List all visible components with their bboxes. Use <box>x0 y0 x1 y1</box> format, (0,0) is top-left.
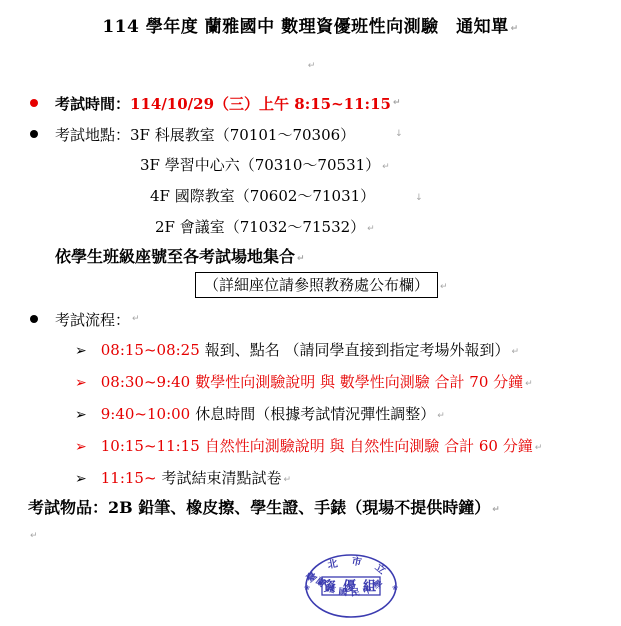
exam-room-4-row: 2F 會議室（71032～71532）↵ <box>155 212 621 243</box>
stamp-flower-right-icon: ❀ <box>392 584 398 592</box>
flow-step-2-text: 數學性向測驗說明 與 數學性向測驗 合計 70 分鐘 <box>195 373 523 391</box>
flow-step-3-time: 9:40~10:00 <box>101 405 190 423</box>
flow-step-3: ➢9:40~10:00休息時間（根據考試情況彈性調整）↵ <box>0 398 621 430</box>
flow-step-4-text: 自然性向測驗說明 與 自然性向測驗 合計 60 分鐘 <box>205 437 533 455</box>
flow-step-5: ➢11:15~考試結束清點試卷↵ <box>0 462 621 494</box>
paragraph-mark: ↵ <box>367 224 375 234</box>
paragraph-mark: ↵ <box>132 314 140 324</box>
black-bullet-icon <box>30 315 38 323</box>
paragraph-mark: ↵ <box>492 505 500 515</box>
paragraph-mark: ↵ <box>512 347 520 357</box>
empty-line: ↵ <box>0 522 621 546</box>
paragraph-mark: ↵ <box>308 61 316 71</box>
line-break-mark: ↓ <box>415 193 423 203</box>
exam-room-3: 4F 國際教室（70602～71031） <box>150 187 375 205</box>
paragraph-mark: ↵ <box>440 282 448 292</box>
notice-document: 114 學年度 蘭雅國中 數理資優班性向測驗 通知單↵ ↵ 考試時間：114/1… <box>0 0 621 626</box>
exam-room-1: 3F 科展教室（70101～70306） <box>130 124 355 145</box>
exam-location-label: 考試地點： <box>55 124 130 145</box>
school-stamp: 臺北市立 蘭雅國民中學 ❀ ❀ 資優組 <box>296 546 621 626</box>
empty-line: ↵ <box>0 40 621 88</box>
flow-step-1: ➢08:15~08:25報到、點名 （請同學直接到指定考場外報到）↵ <box>0 334 621 366</box>
assembly-note-text: 依學生班級座號至各考試場地集合 <box>55 247 295 266</box>
exam-time-label: 考試時間： <box>55 93 130 114</box>
flow-step-3-text: 休息時間（根據考試情況彈性調整） <box>195 405 435 423</box>
paragraph-mark: ↵ <box>284 475 292 485</box>
seating-note-row: （詳細座位請參照教務處公布欄）↵ <box>0 270 621 304</box>
exam-time-value: 114/10/29（三）上午 8:15~11:15 <box>130 93 391 114</box>
flow-step-1-text: 報到、點名 （請同學直接到指定考場外報到） <box>205 341 510 359</box>
arrow-bullet-icon: ➢ <box>75 343 87 359</box>
flow-step-2-time: 08:30~9:40 <box>101 373 190 391</box>
exam-time-item: 考試時間：114/10/29（三）上午 8:15~11:15↵ <box>0 88 621 118</box>
paragraph-mark: ↵ <box>382 162 390 172</box>
seating-note-box: （詳細座位請參照教務處公布欄） <box>195 272 438 298</box>
paragraph-mark: ↵ <box>511 24 519 34</box>
black-bullet-icon <box>30 130 38 138</box>
paragraph-mark: ↵ <box>437 411 445 421</box>
red-bullet-icon <box>30 99 38 107</box>
arrow-bullet-icon: ➢ <box>75 407 87 423</box>
exam-room-2: 3F 學習中心六（70310～70531） <box>140 156 380 174</box>
exam-room-3-row: 4F 國際教室（70602～71031）↓ <box>150 181 621 212</box>
paragraph-mark: ↵ <box>535 443 543 453</box>
assembly-note: 依學生班級座號至各考試場地集合↵ <box>55 243 621 270</box>
arrow-bullet-icon: ➢ <box>75 439 87 455</box>
stamp-center-text: 資優組 <box>323 579 383 595</box>
exam-flow-item: 考試流程：↵ <box>0 304 621 334</box>
flow-step-5-text: 考試結束清點試卷 <box>162 469 282 487</box>
paragraph-mark: ↵ <box>393 98 401 108</box>
exam-location-item: 考試地點：3F 科展教室（70101～70306）↓ <box>0 118 621 150</box>
flow-step-2: ➢08:30~9:40數學性向測驗說明 與 數學性向測驗 合計 70 分鐘↵ <box>0 366 621 398</box>
exam-room-4: 2F 會議室（71032～71532） <box>155 218 365 236</box>
flow-step-5-time: 11:15~ <box>101 469 157 487</box>
arrow-bullet-icon: ➢ <box>75 471 87 487</box>
paragraph-mark: ↵ <box>297 254 305 264</box>
exam-room-2-row: 3F 學習中心六（70310～70531）↵ <box>140 150 621 181</box>
flow-step-4-time: 10:15~11:15 <box>101 437 200 455</box>
line-break-mark: ↓ <box>395 129 403 139</box>
flow-step-1-time: 08:15~08:25 <box>101 341 200 359</box>
paragraph-mark: ↵ <box>30 531 38 541</box>
paragraph-mark: ↵ <box>525 379 533 389</box>
page-title: 114 學年度 蘭雅國中 數理資優班性向測驗 通知單↵ <box>0 0 621 40</box>
flow-step-4: ➢10:15~11:15自然性向測驗說明 與 自然性向測驗 合計 60 分鐘↵ <box>0 430 621 462</box>
page-title-text: 114 學年度 蘭雅國中 數理資優班性向測驗 通知單 <box>102 17 508 37</box>
stamp-flower-left-icon: ❀ <box>304 584 310 592</box>
exam-items-text: 考試物品：2B 鉛筆、橡皮擦、學生證、手錶（現場不提供時鐘） <box>28 498 490 517</box>
stamp-seal-graphic: 臺北市立 蘭雅國民中學 ❀ ❀ 資優組 <box>296 546 406 626</box>
exam-flow-label: 考試流程： <box>55 309 130 330</box>
arrow-bullet-icon: ➢ <box>75 375 87 391</box>
exam-items-note: 考試物品：2B 鉛筆、橡皮擦、學生證、手錶（現場不提供時鐘）↵ <box>28 494 621 522</box>
